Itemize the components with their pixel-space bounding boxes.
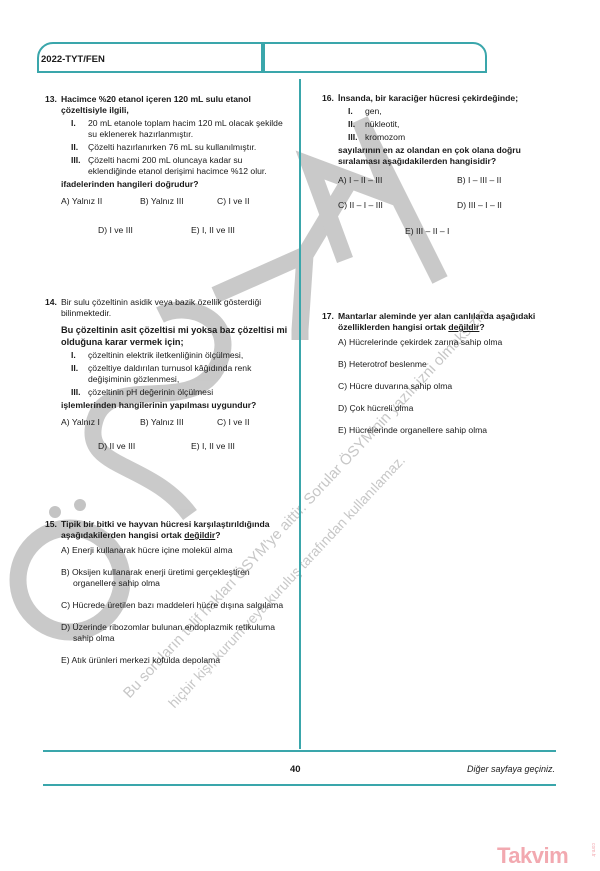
statement-item: I.çözeltinin elektrik iletkenliğinin ölç…: [71, 350, 295, 361]
statement-item: III.Çözelti hacmi 200 mL oluncaya kadar …: [71, 155, 290, 177]
question-number: 15.: [45, 519, 57, 530]
question-number: 16.: [322, 93, 334, 104]
option-e[interactable]: E) III – II – I: [405, 226, 449, 237]
option-e[interactable]: E) Hücrelerinde organellere sahip olma: [338, 425, 567, 436]
question-17: 17. Mantarlar aleminde yer alan canlılar…: [322, 311, 567, 436]
option-e[interactable]: E) I, II ve III: [191, 225, 235, 236]
question-13: 13. Hacimce %20 etanol içeren 120 mL sul…: [45, 94, 290, 236]
page-number: 40: [290, 764, 301, 775]
statement-item: I.gen,: [348, 106, 562, 117]
question-number: 17.: [322, 311, 334, 322]
takvim-logo-domain: com.tr: [590, 843, 596, 857]
question-16: 16. İnsanda, bir karaciğer hücresi çekir…: [322, 93, 562, 237]
question-prompt: işlemlerinden hangilerinin yapılması uyg…: [61, 400, 295, 411]
options-row: D) II ve III E) I, II ve III: [61, 441, 295, 452]
statement-item: III.kromozom: [348, 132, 562, 143]
question-prompt: ifadelerinden hangileri doğrudur?: [61, 179, 290, 190]
option-d[interactable]: D) III – I – II: [457, 200, 502, 211]
statement-item: III.çözeltinin pH değerinin ölçülmesi: [71, 387, 295, 398]
question-15: 15. Tipik bir bitki ve hayvan hücresi ka…: [45, 519, 295, 666]
option-b[interactable]: B) Yalnız III: [140, 417, 217, 428]
footer-rule-bottom: [43, 784, 556, 786]
option-b[interactable]: B) Oksijen kullanarak enerji üretimi ger…: [61, 567, 295, 589]
option-d[interactable]: D) II ve III: [98, 441, 191, 452]
option-a[interactable]: A) Enerji kullanarak hücre içine molekül…: [61, 545, 295, 556]
options-row: A) Yalnız I B) Yalnız III C) I ve II: [61, 417, 295, 428]
option-a[interactable]: A) Hücrelerinde çekirdek zarına sahip ol…: [338, 337, 567, 348]
option-e[interactable]: E) Atık ürünleri merkezi kofulda depolam…: [61, 655, 295, 666]
options-row: C) II – I – III D) III – I – II: [338, 200, 562, 211]
question-stem: Tipik bir bitki ve hayvan hücresi karşıl…: [61, 519, 270, 540]
takvim-logo: Takvim: [497, 843, 568, 869]
next-page-note: Diğer sayfaya geçiniz.: [467, 764, 555, 774]
negation-emphasis: değildir: [184, 530, 215, 540]
option-d[interactable]: D) I ve III: [98, 225, 191, 236]
question-stem: İnsanda, bir karaciğer hücresi çekirdeği…: [338, 93, 562, 104]
options-row: A) Yalnız II B) Yalnız III C) I ve II: [61, 196, 290, 207]
statement-item: II.çözeltiye daldırılan turnusol kâğıdın…: [71, 363, 295, 385]
option-c[interactable]: C) II – I – III: [338, 200, 457, 211]
question-stem: Hacimce %20 etanol içeren 120 mL sulu et…: [61, 94, 290, 116]
option-c[interactable]: C) I ve II: [217, 196, 249, 207]
exam-title: 2022-TYT/FEN: [41, 54, 105, 65]
option-b[interactable]: B) Heterotrof beslenme: [338, 359, 567, 370]
option-a[interactable]: A) I – II – III: [338, 175, 457, 186]
question-14: 14. Bir sulu çözeltinin asidik veya bazi…: [45, 297, 295, 452]
option-a[interactable]: A) Yalnız II: [61, 196, 140, 207]
option-d[interactable]: D) Çok hücreli olma: [338, 403, 567, 414]
question-stem: Bu çözeltinin asit çözeltisi mi yoksa ba…: [61, 324, 295, 348]
statement-item: I.20 mL etanole toplam hacim 120 mL olac…: [71, 118, 290, 140]
question-number: 14.: [45, 297, 57, 308]
option-b[interactable]: B) Yalnız III: [140, 196, 217, 207]
option-c[interactable]: C) Hücre duvarına sahip olma: [338, 381, 567, 392]
option-b[interactable]: B) I – III – II: [457, 175, 501, 186]
negation-emphasis: değildir: [448, 322, 479, 332]
column-divider: [299, 79, 301, 749]
option-a[interactable]: A) Yalnız I: [61, 417, 140, 428]
question-intro: Bir sulu çözeltinin asidik veya bazik öz…: [61, 297, 295, 319]
option-d[interactable]: D) Üzerinde ribozomlar bulunan endoplazm…: [61, 622, 295, 644]
options-row: E) III – II – I: [338, 226, 562, 237]
footer-rule-top: [43, 750, 556, 752]
header-right-box: [263, 42, 487, 73]
statement-item: II.Çözelti hazırlanırken 76 mL su kullan…: [71, 142, 290, 153]
question-prompt: sayılarının en az olandan en çok olana d…: [338, 145, 562, 167]
option-e[interactable]: E) I, II ve III: [191, 441, 235, 452]
statement-item: II.nükleotit,: [348, 119, 562, 130]
question-number: 13.: [45, 94, 57, 105]
options-row: A) I – II – III B) I – III – II: [338, 175, 562, 186]
option-c[interactable]: C) I ve II: [217, 417, 249, 428]
options-row: D) I ve III E) I, II ve III: [61, 225, 290, 236]
question-stem: Mantarlar aleminde yer alan canlılarda a…: [338, 311, 535, 332]
option-c[interactable]: C) Hücrede üretilen bazı maddeleri hücre…: [61, 600, 295, 611]
